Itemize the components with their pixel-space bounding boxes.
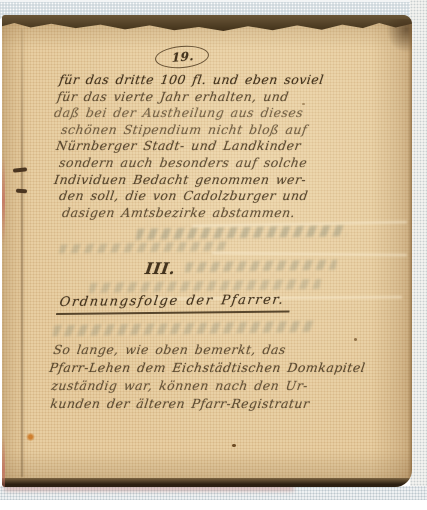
ink-bleed-through <box>59 242 231 254</box>
text-line: daß bei der Austheilung aus dieses <box>53 105 394 122</box>
page-number-oval: 19. <box>154 44 210 71</box>
text-line: Individuen Bedacht genommen wer- <box>53 172 394 189</box>
section-marker: III. <box>144 259 177 278</box>
scan-background-right <box>410 0 427 510</box>
text-line: sondern auch besonders auf solche <box>58 155 394 172</box>
paper-crease <box>212 252 407 256</box>
ink-bleed-through <box>52 321 315 337</box>
text-line: den soll, die von Cadolzburger und <box>58 188 394 205</box>
binding-red-mark <box>2 435 5 487</box>
ink-bleed-through <box>136 225 349 240</box>
text-line: zuständig war, können nach den Ur- <box>50 378 401 396</box>
ink-speck <box>354 338 357 341</box>
manuscript-scan: 19. für das dritte 100 fl. und eben sovi… <box>0 0 427 510</box>
paragraph-1: für das dritte 100 fl. und eben soviel f… <box>52 72 392 221</box>
binding-stitch <box>13 167 27 172</box>
text-line: Pfarr-Lehen dem Eichstädtischen Domkapit… <box>48 360 401 378</box>
binding-red-mark <box>2 155 5 245</box>
text-line: So lange, wie oben bemerkt, das <box>52 342 401 360</box>
text-line: Nürnberger Stadt- und Landkinder <box>55 138 394 155</box>
scan-background-bottom-white <box>0 500 427 510</box>
text-line: dasigen Amtsbezirke abstammen. <box>61 205 394 222</box>
orange-stain <box>26 433 35 441</box>
text-line: kunden der älteren Pfarr-Registratur <box>49 396 401 414</box>
paragraph-2: So lange, wie oben bemerkt, das Pfarr-Le… <box>48 342 398 414</box>
manuscript-page: 19. für das dritte 100 fl. und eben sovi… <box>2 15 412 487</box>
ink-speck <box>232 444 236 447</box>
binding-stitch <box>16 189 27 194</box>
ink-bleed-through <box>89 279 322 293</box>
binding-fold-line <box>21 29 23 477</box>
section-heading: Ordnungsfolge der Pfarrer. <box>56 293 291 315</box>
torn-top-edge <box>2 15 412 31</box>
text-line: schönen Stipendium nicht bloß auf <box>60 122 394 139</box>
book-bottom-edge <box>2 478 412 487</box>
text-line: für das vierte Jahr erhalten, und <box>56 89 394 106</box>
text-line: für das dritte 100 fl. und eben soviel <box>58 72 394 89</box>
ink-bleed-through <box>185 260 337 273</box>
page-number: 19. <box>171 49 194 65</box>
page-right-edge <box>408 25 412 479</box>
